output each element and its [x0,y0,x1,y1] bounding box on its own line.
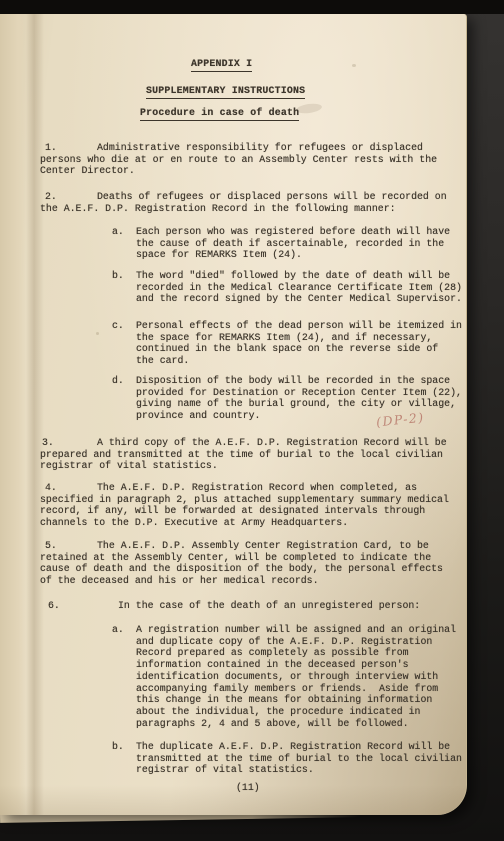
sub-item-text: Each person who was registered before de… [136,226,472,261]
paragraph-6: 6. In the case of the death of an unregi… [40,600,466,612]
doc-title: SUPPLEMENTARY INSTRUCTIONS [146,85,305,99]
sub-item-text: The duplicate A.E.F. D.P. Registration R… [136,741,472,776]
paragraph-2: 2. Deaths of refugees or displaced perso… [40,191,466,214]
doc-subtitle: Procedure in case of death [140,107,299,121]
sub-item-text: The word "died" followed by the date of … [136,270,472,305]
scanned-document-photo: APPENDIX I SUPPLEMENTARY INSTRUCTIONS Pr… [0,0,504,841]
sub-item-letter: c. [112,320,124,332]
appendix-heading: APPENDIX I [191,58,252,72]
paragraph-text: The A.E.F. D.P. Registration Record when… [40,482,466,529]
paragraph-number: 2. [45,191,57,203]
sub-item-letter: a. [112,624,124,636]
paragraph-text: The A.E.F. D.P. Assembly Center Registra… [40,540,466,587]
sub-item-letter: d. [112,375,124,387]
sub-item-letter: b. [112,270,124,282]
sub-item-6b: b. The duplicate A.E.F. D.P. Registratio… [136,741,472,776]
paragraph-1: 1. Administrative responsibility for ref… [40,142,466,177]
paragraph-number: 3. [42,437,54,449]
sub-item-text: A registration number will be assigned a… [136,624,472,729]
document-page: APPENDIX I SUPPLEMENTARY INSTRUCTIONS Pr… [0,14,467,815]
paragraph-number: 1. [45,142,57,154]
sub-item-2c: c. Personal effects of the dead person w… [136,320,472,367]
paragraph-3: 3. A third copy of the A.E.F. D.P. Regis… [40,437,466,472]
paragraph-5: 5. The A.E.F. D.P. Assembly Center Regis… [40,540,466,587]
sub-item-6a: a. A registration number will be assigne… [136,624,472,729]
paragraph-text: Administrative responsibility for refuge… [40,142,466,177]
sub-item-2b: b. The word "died" followed by the date … [136,270,472,305]
sub-item-text: Personal effects of the dead person will… [136,320,472,367]
paragraph-text: Deaths of refugees or displaced persons … [40,191,466,214]
paragraph-number: 5. [45,540,57,552]
paragraph-text: A third copy of the A.E.F. D.P. Registra… [40,437,466,472]
photo-top-dark-band [0,0,504,14]
paragraph-number: 6. [48,600,60,612]
paragraph-text: In the case of the death of an unregiste… [40,600,466,612]
sub-item-letter: b. [112,741,124,753]
page-number: (11) [236,782,260,794]
paragraph-number: 4. [45,482,57,494]
sub-item-letter: a. [112,226,124,238]
paragraph-4: 4. The A.E.F. D.P. Registration Record w… [40,482,466,529]
sub-item-2a: a. Each person who was registered before… [136,226,472,261]
